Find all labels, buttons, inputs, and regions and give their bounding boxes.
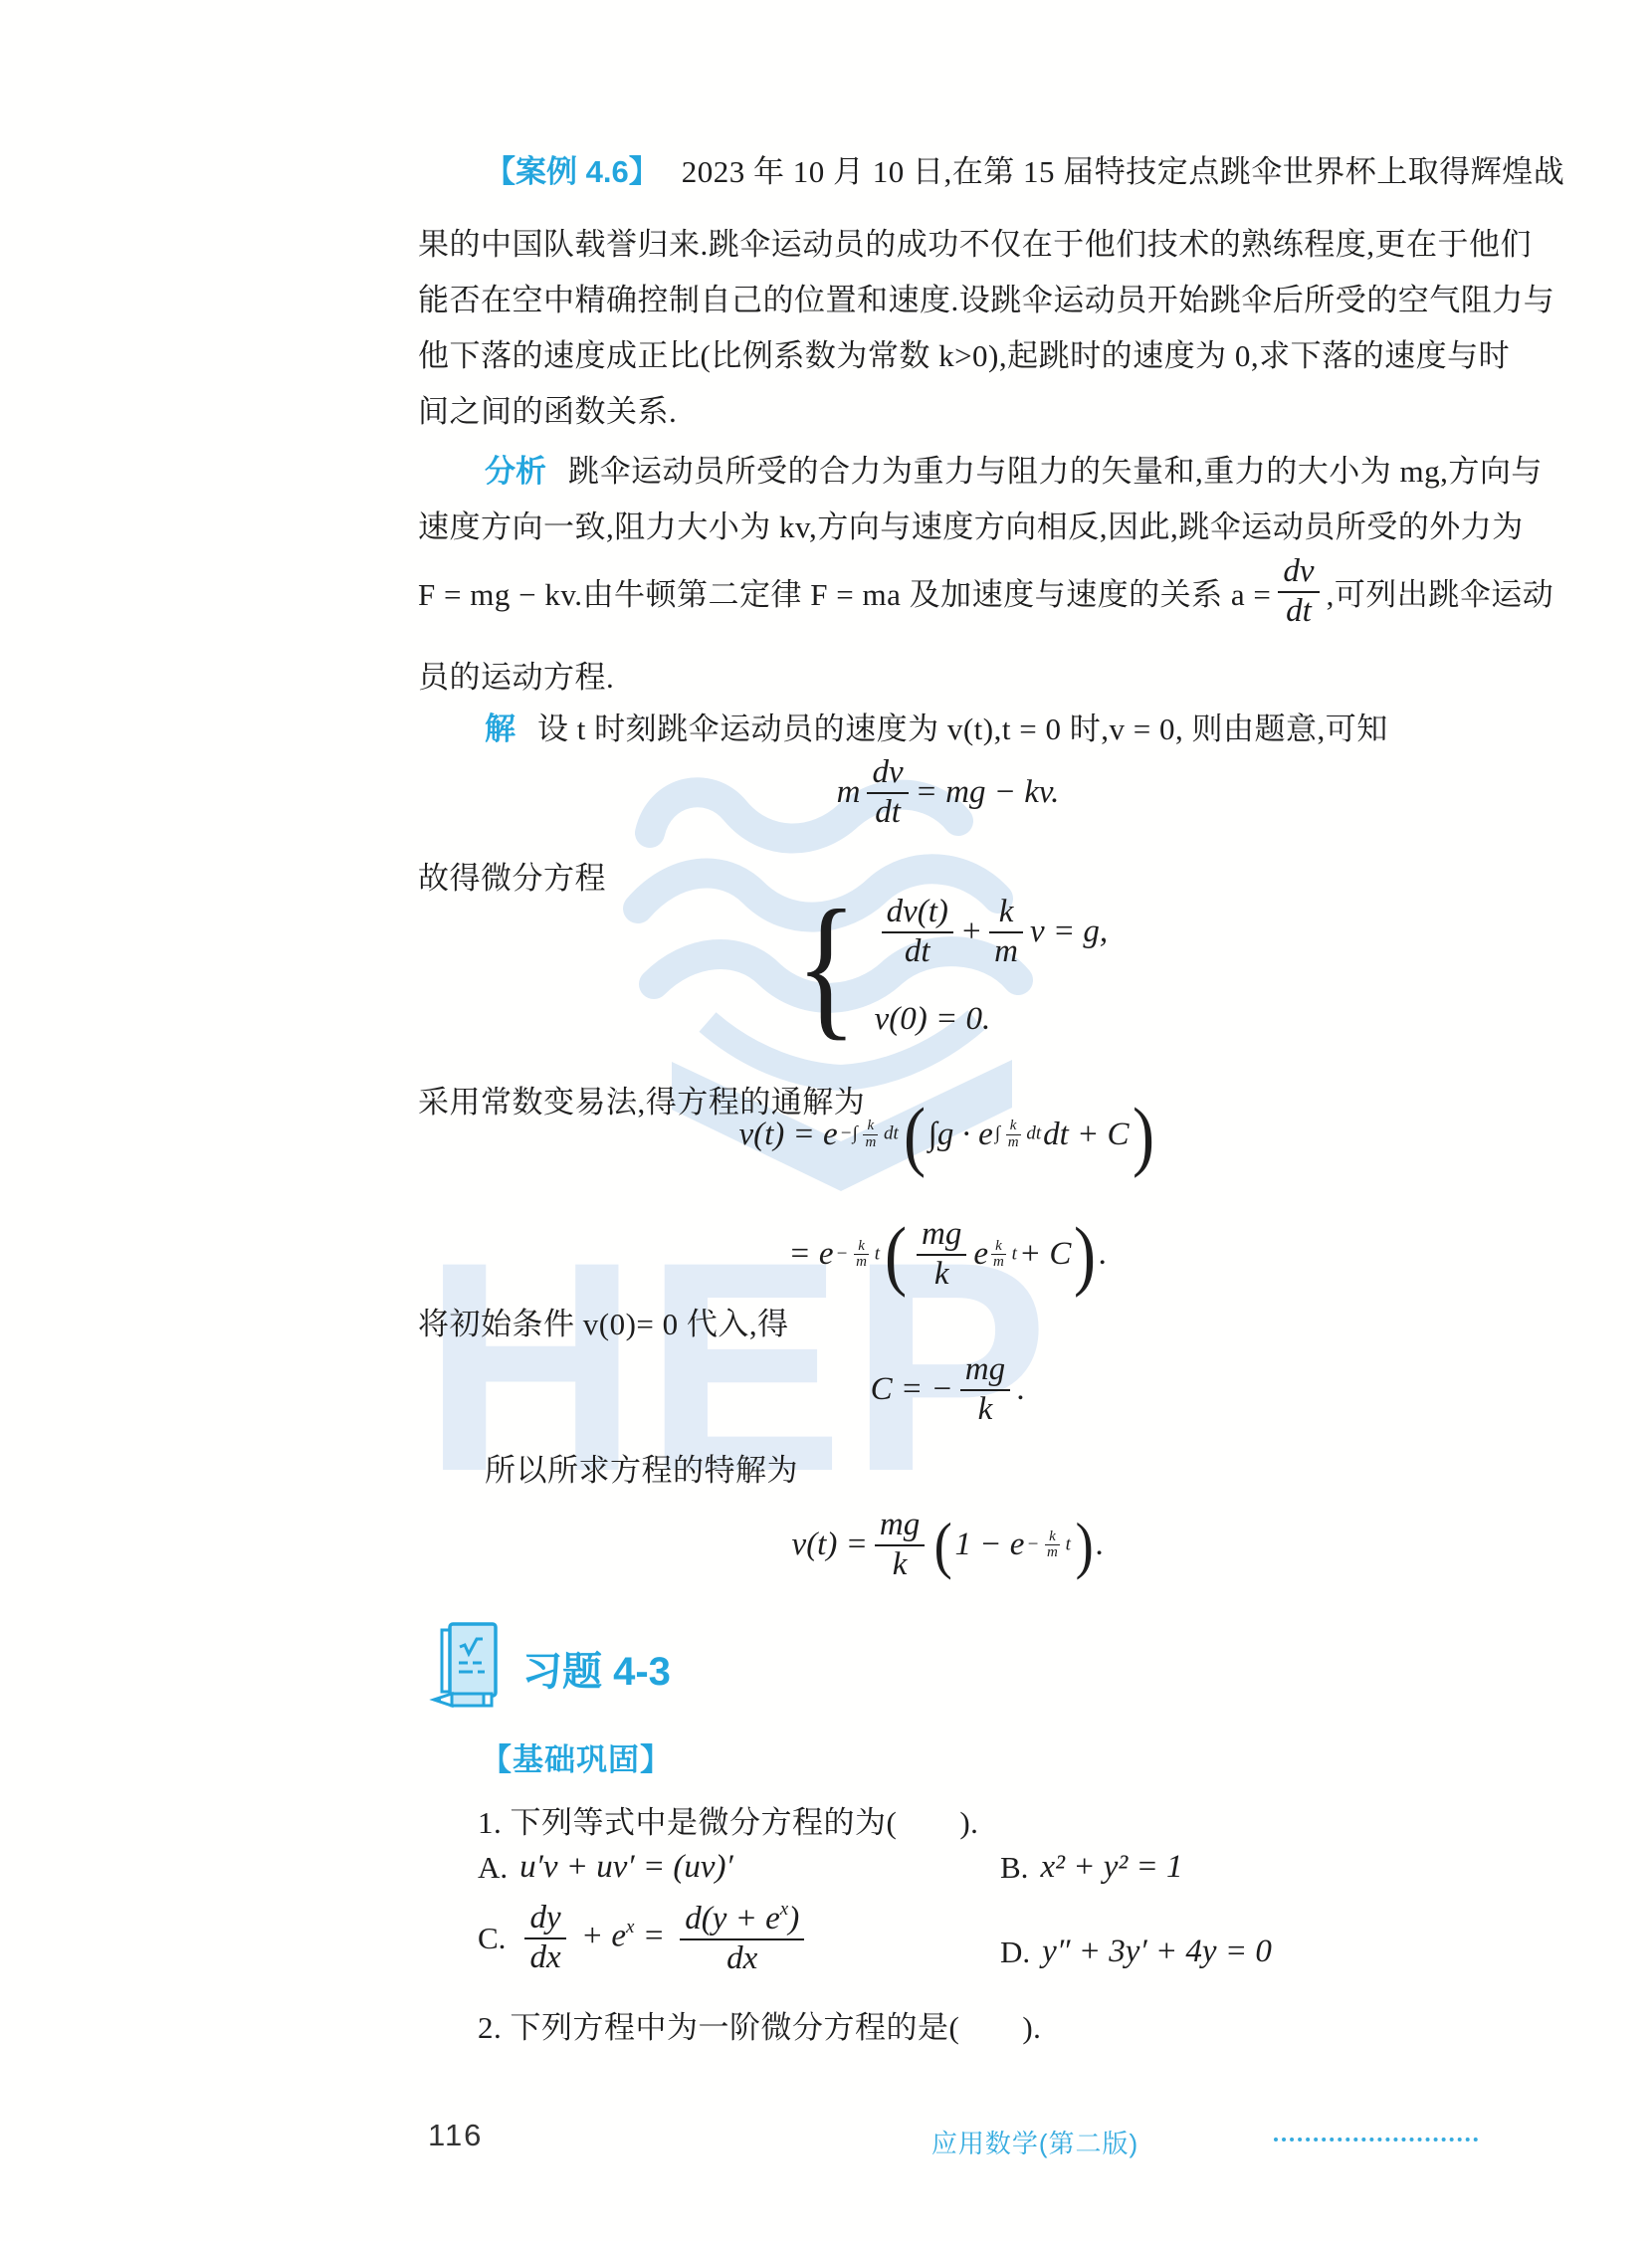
analysis-line-3-post: ,可列出跳伞运动 bbox=[1327, 569, 1554, 614]
solution-text-3: 采用常数变易法,得方程的通解为 bbox=[418, 1077, 865, 1121]
fraction-denominator: k bbox=[960, 1391, 1010, 1429]
gen2-lhs: = e bbox=[788, 1236, 833, 1273]
exp-suffix: t bbox=[875, 1243, 880, 1264]
option-B-formula: x² + y² = 1 bbox=[1040, 1849, 1182, 1886]
constant-equation: C = − mg k . bbox=[418, 1351, 1478, 1429]
analysis-line-3: F = mg − kv.由牛顿第二定律 F = ma 及加速度与速度的关系 a … bbox=[418, 553, 1553, 631]
gen1-exponent-1: −∫ k m dt bbox=[840, 1119, 899, 1151]
fraction-denominator: k bbox=[875, 1546, 925, 1584]
system-row-1: dv(t) dt + k m v = g, bbox=[875, 894, 1109, 971]
exp-prefix: − bbox=[1026, 1533, 1039, 1554]
dy-dx-fraction: dy dx bbox=[524, 1900, 565, 1977]
option-D-formula: y″ + 3y′ + 4y = 0 bbox=[1042, 1934, 1272, 1970]
analysis-line-4: 员的运动方程. bbox=[418, 652, 614, 697]
exp-fraction: k m bbox=[1045, 1529, 1060, 1562]
question-1: 1. 下列等式中是微分方程的为( ). bbox=[478, 1797, 978, 1842]
gen2-e: e bbox=[973, 1236, 988, 1273]
fraction-numerator: k bbox=[1006, 1119, 1021, 1135]
exponent-x: x bbox=[626, 1917, 634, 1938]
fraction-denominator: dt bbox=[1278, 593, 1319, 631]
fraction-denominator: m bbox=[1006, 1135, 1021, 1151]
exp-fraction: k m bbox=[1006, 1119, 1021, 1151]
numerator-pre: d(y + e bbox=[685, 1901, 780, 1936]
option-C: C. dy dx + ex = d(y + ex) dx bbox=[478, 1899, 811, 1978]
fraction-denominator: dt bbox=[867, 794, 908, 832]
plus-sign: + bbox=[960, 914, 982, 950]
fraction-denominator: m bbox=[989, 933, 1023, 971]
book-title: 应用数学(第二版) bbox=[876, 2124, 1194, 2160]
worksheet-pencil-icon bbox=[426, 1620, 510, 1712]
eq1-lhs: m bbox=[837, 774, 861, 811]
gen1-exponent-2: ∫ k m dt bbox=[995, 1119, 1041, 1151]
mg-over-k-fraction: mg k bbox=[875, 1507, 925, 1584]
fraction-denominator: k bbox=[917, 1256, 966, 1294]
fraction-denominator: dt bbox=[882, 933, 953, 971]
gen1-lhs: v(t) = e bbox=[738, 1117, 837, 1153]
fraction-numerator: mg bbox=[875, 1507, 925, 1546]
dvdt-fraction: dv(t) dt bbox=[882, 894, 953, 971]
analysis-line-1: 跳伞运动员所受的合力为重力与阻力的矢量和,重力的大小为 mg,方向与 bbox=[568, 446, 1543, 491]
solution-heading-line: 解 设 t 时刻跳伞运动员的速度为 v(t),t = 0 时,v = 0, 则由… bbox=[485, 704, 1388, 748]
analysis-line-3-pre: F = mg − kv.由牛顿第二定律 F = ma 及加速度与速度的关系 a … bbox=[418, 569, 1271, 614]
analysis-label: 分析 bbox=[485, 446, 546, 491]
fraction-denominator: m bbox=[991, 1255, 1006, 1271]
fraction-numerator: dv(t) bbox=[882, 894, 953, 933]
fraction-numerator: k bbox=[991, 1239, 1006, 1256]
textbook-page: HEP 【案例 4.6】 2023 年 10 月 10 日,在第 15 届特技定… bbox=[0, 0, 1652, 2241]
fraction-numerator: k bbox=[989, 894, 1023, 933]
gen1-inner-pre: ∫g · e bbox=[929, 1117, 993, 1153]
option-A-formula: u′v + uv′ = (uv)′ bbox=[519, 1849, 733, 1886]
general-solution-line-1: v(t) = e −∫ k m dt ( ∫g · e ∫ k m dt dt … bbox=[418, 1117, 1478, 1153]
d-y-ex-fraction: d(y + ex) dx bbox=[680, 1899, 804, 1978]
gen2-tail: + C bbox=[1019, 1236, 1072, 1273]
equals-sign: = bbox=[643, 1919, 665, 1954]
exp-suffix: dt bbox=[884, 1123, 899, 1144]
exp-suffix: t bbox=[1012, 1243, 1017, 1264]
period: . bbox=[1099, 1236, 1107, 1273]
fraction-numerator: dv bbox=[1278, 553, 1319, 593]
exp-suffix: dt bbox=[1026, 1123, 1041, 1144]
mg-over-k-fraction: mg k bbox=[917, 1216, 966, 1294]
period: . bbox=[1096, 1527, 1104, 1563]
solution-text-4: 将初始条件 v(0)= 0 代入,得 bbox=[418, 1299, 789, 1343]
gen2-exponent-1: − k m t bbox=[836, 1239, 880, 1272]
final-inner: 1 − e bbox=[955, 1527, 1025, 1563]
case-line-2: 果的中国队载誉归来.跳伞运动员的成功不仅在于他们技术的熟练程度,更在于他们 bbox=[418, 219, 1532, 264]
solution-intro: 设 t 时刻跳伞运动员的速度为 v(t),t = 0 时,v = 0, 则由题意… bbox=[537, 704, 1388, 748]
analysis-line-2: 速度方向一致,阻力大小为 kv,方向与速度方向相反,因此,跳伞运动员所受的外力为 bbox=[418, 502, 1524, 546]
page-number: 116 bbox=[428, 2118, 483, 2153]
case-line-5: 间之间的函数关系. bbox=[418, 386, 677, 431]
exponent-x: x bbox=[780, 1899, 788, 1921]
solution-text-5: 所以所求方程的特解为 bbox=[485, 1445, 798, 1490]
option-D-label: D. bbox=[1000, 1935, 1030, 1970]
fraction-numerator: k bbox=[1045, 1529, 1060, 1546]
option-C-label: C. bbox=[478, 1921, 506, 1956]
case-label: 【案例 4.6】 bbox=[485, 146, 660, 191]
general-solution-line-2: = e − k m t ( mg k e k m t + C ) . bbox=[418, 1216, 1478, 1294]
fraction-numerator: mg bbox=[960, 1351, 1010, 1391]
exp-prefix: −∫ bbox=[840, 1123, 858, 1144]
mg-over-k-fraction: mg k bbox=[960, 1351, 1010, 1429]
case-line-1: 2023 年 10 月 10 日,在第 15 届特技定点跳伞世界杯上取得辉煌战 bbox=[682, 146, 1565, 191]
system-row-1-tail: v = g, bbox=[1030, 914, 1108, 950]
ceq-lhs: C = − bbox=[871, 1371, 953, 1408]
option-C-formula: dy dx + ex = d(y + ex) dx bbox=[517, 1899, 811, 1978]
option-B: B. x² + y² = 1 bbox=[1000, 1849, 1183, 1886]
fraction-numerator: k bbox=[863, 1119, 878, 1135]
solution-text-2: 故得微分方程 bbox=[418, 853, 606, 898]
option-D: D. y″ + 3y′ + 4y = 0 bbox=[1000, 1934, 1272, 1970]
fraction-denominator: m bbox=[1045, 1545, 1060, 1561]
particular-solution: v(t) = mg k ( 1 − e − k m t ) . bbox=[418, 1507, 1478, 1584]
case-heading-line: 【案例 4.6】 2023 年 10 月 10 日,在第 15 届特技定点跳伞世… bbox=[485, 146, 1564, 191]
final-lhs: v(t) = bbox=[792, 1527, 868, 1563]
fraction-denominator: dx bbox=[524, 1939, 565, 1977]
fraction-numerator: dv bbox=[867, 754, 908, 794]
option-A: A. u′v + uv′ = (uv)′ bbox=[478, 1849, 733, 1886]
fraction-numerator: k bbox=[854, 1239, 869, 1256]
option-B-label: B. bbox=[1000, 1850, 1028, 1886]
exp-suffix: t bbox=[1066, 1533, 1071, 1554]
ode-system: { dv(t) dt + k m v = g, v(0) = 0. bbox=[418, 894, 1478, 1038]
dv-dt-fraction: dv dt bbox=[1278, 553, 1319, 631]
fraction-denominator: m bbox=[854, 1255, 869, 1271]
gen2-exponent-2: k m t bbox=[990, 1239, 1017, 1272]
exp-prefix: − bbox=[836, 1243, 849, 1264]
exp-fraction: k m bbox=[991, 1239, 1006, 1272]
period: . bbox=[1017, 1371, 1025, 1408]
system-row-2: v(0) = 0. bbox=[875, 1001, 991, 1038]
option-C-mid: + e bbox=[581, 1919, 626, 1954]
fraction-numerator: d(y + ex) bbox=[680, 1899, 804, 1940]
gen1-inner-post: dt + C bbox=[1043, 1117, 1129, 1153]
eq1-fraction: dv dt bbox=[867, 754, 908, 832]
exp-prefix: ∫ bbox=[995, 1123, 1000, 1144]
k-over-m-fraction: k m bbox=[989, 894, 1023, 971]
exp-fraction: k m bbox=[863, 1119, 878, 1151]
fraction-denominator: m bbox=[863, 1135, 878, 1151]
solution-label: 解 bbox=[485, 704, 516, 748]
fraction-numerator: mg bbox=[917, 1216, 966, 1256]
eq1-rhs: = mg − kv. bbox=[916, 774, 1060, 811]
question-2: 2. 下列方程中为一阶微分方程的是( ). bbox=[478, 2002, 1041, 2047]
case-line-3: 能否在空中精确控制自己的位置和速度.设跳伞运动员开始跳伞后所受的空气阻力与 bbox=[418, 275, 1554, 319]
analysis-heading-line: 分析 跳伞运动员所受的合力为重力与阻力的矢量和,重力的大小为 mg,方向与 bbox=[485, 446, 1543, 491]
exercise-title: 习题 4-3 bbox=[522, 1640, 671, 1697]
exercise-section-header: 【基础巩固】 bbox=[481, 1734, 672, 1779]
footer-dotted-line bbox=[1274, 2138, 1478, 2141]
exp-fraction: k m bbox=[854, 1239, 869, 1272]
fraction-numerator: dy bbox=[524, 1900, 565, 1939]
final-exponent: − k m t bbox=[1026, 1529, 1070, 1562]
option-A-label: A. bbox=[478, 1850, 508, 1886]
equation-motion: m dv dt = mg − kv. bbox=[418, 754, 1478, 832]
fraction-denominator: dx bbox=[680, 1940, 804, 1978]
numerator-post: ) bbox=[788, 1901, 799, 1936]
case-line-4: 他下落的速度成正比(比例系数为常数 k>0),起跳时的速度为 0,求下落的速度与… bbox=[418, 330, 1510, 375]
